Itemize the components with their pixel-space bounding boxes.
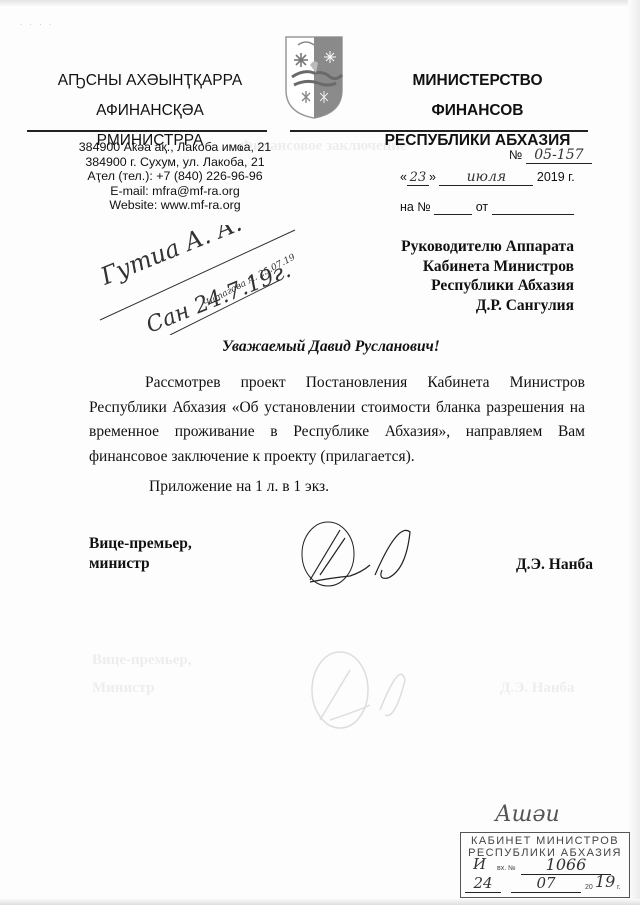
stamp-month: 07 bbox=[511, 874, 581, 893]
signatory-name: Д.Э. Нанба bbox=[516, 556, 593, 574]
body-paragraph: Рассмотрев проект Постановления Кабинета… bbox=[89, 371, 585, 469]
scan-edge-bottom bbox=[0, 899, 640, 905]
date-day: 23 bbox=[407, 170, 429, 186]
reference-line: на № от bbox=[400, 200, 574, 215]
recipient-position: Руководителю Аппарата bbox=[401, 237, 574, 257]
scan-edge-top bbox=[0, 0, 640, 6]
number-value: 05-157 bbox=[526, 147, 592, 164]
address-block: 384900 Аҟәа ақ., Лакоба имҩа, 21 384900 … bbox=[50, 140, 300, 213]
attachment-note: Приложение на 1 л. в 1 экз. bbox=[149, 478, 329, 496]
svg-text:Гутиа А. А.: Гутиа А. А. bbox=[96, 225, 246, 291]
ministry-name-russian-line1: МИНИСТЕРСТВО ФИНАНСОВ bbox=[370, 66, 585, 126]
bleed-sign-title-2: Министр bbox=[92, 680, 155, 697]
letter-body: Рассмотрев проект Постановления Кабинета… bbox=[89, 371, 585, 469]
number-label: № bbox=[509, 148, 522, 162]
stamp-line1: КАБИНЕТ МИНИСТРОВ bbox=[461, 835, 629, 847]
address-russian: 384900 г. Сухум, ул. Лакоба, 21 bbox=[50, 155, 300, 170]
website: Website: www.mf-ra.org bbox=[50, 198, 300, 213]
coat-of-arms-icon bbox=[284, 35, 344, 120]
handwritten-note-icon: Ашəи bbox=[490, 793, 590, 833]
ministry-name-russian: МИНИСТЕРСТВО ФИНАНСОВ РЕСПУБЛИКИ АБХАЗИЯ bbox=[370, 66, 585, 156]
incoming-registration-stamp: КАБИНЕТ МИНИСТРОВ РЕСПУБЛИКИ АБХАЗИЯ И в… bbox=[460, 832, 630, 898]
stamp-year-unit: г. bbox=[617, 884, 621, 891]
stamp-prefix: И bbox=[473, 855, 486, 873]
svg-text:Ашəи: Ашəи bbox=[493, 802, 560, 827]
greeting: Уважаемый Давид Русланович! bbox=[222, 338, 440, 356]
stamp-number-label: вх. № bbox=[497, 865, 516, 872]
outgoing-number: № 05-157 bbox=[509, 147, 592, 164]
stamp-year-prefix: 20 bbox=[585, 884, 593, 891]
signatory-title: Вице-премьер, министр bbox=[89, 534, 192, 574]
recipient-country: Республики Абхазия bbox=[401, 276, 574, 296]
bleed-sign-title-1: Вице-премьер, bbox=[92, 652, 192, 669]
stamp-year-suffix: 19 bbox=[595, 872, 615, 891]
date-month: июля bbox=[439, 169, 533, 186]
outgoing-date: «23» июля 2019 г. bbox=[400, 169, 575, 186]
recipient-name: Д.Р. Сангулия bbox=[401, 296, 574, 316]
recipient-org: Кабинета Министров bbox=[401, 257, 574, 277]
header-divider-right bbox=[290, 130, 588, 132]
ministry-name-abkhaz-line1: АҦСНЫ АХӘЫНҬҚАРРА bbox=[55, 66, 245, 96]
date-year: 2019 г. bbox=[537, 170, 575, 184]
phone: Аҭел (тел.): +7 (840) 226-96-96 bbox=[50, 169, 300, 184]
email: E-mail: mfra@mf-ra.org bbox=[50, 184, 300, 199]
signature-icon bbox=[280, 520, 430, 590]
recipient-block: Руководителю Аппарата Кабинета Министров… bbox=[401, 237, 574, 315]
address-abkhaz: 384900 Аҟәа ақ., Лакоба имҩа, 21 bbox=[50, 140, 300, 155]
bleed-sign-name: Д.Э. Нанба bbox=[500, 680, 575, 697]
corner-marks: · · · · bbox=[20, 22, 54, 28]
header-divider-left bbox=[27, 130, 267, 132]
scan-edge-right bbox=[628, 0, 640, 905]
stamp-day: 24 bbox=[465, 874, 501, 893]
handwritten-resolution-icon: Гутиа А. А. Сан 24.7.19г. Читаговa А. 25… bbox=[95, 225, 305, 335]
stamp-date-row: 24 07 20 19 г. bbox=[461, 876, 629, 893]
bleed-signature-icon bbox=[300, 650, 420, 730]
